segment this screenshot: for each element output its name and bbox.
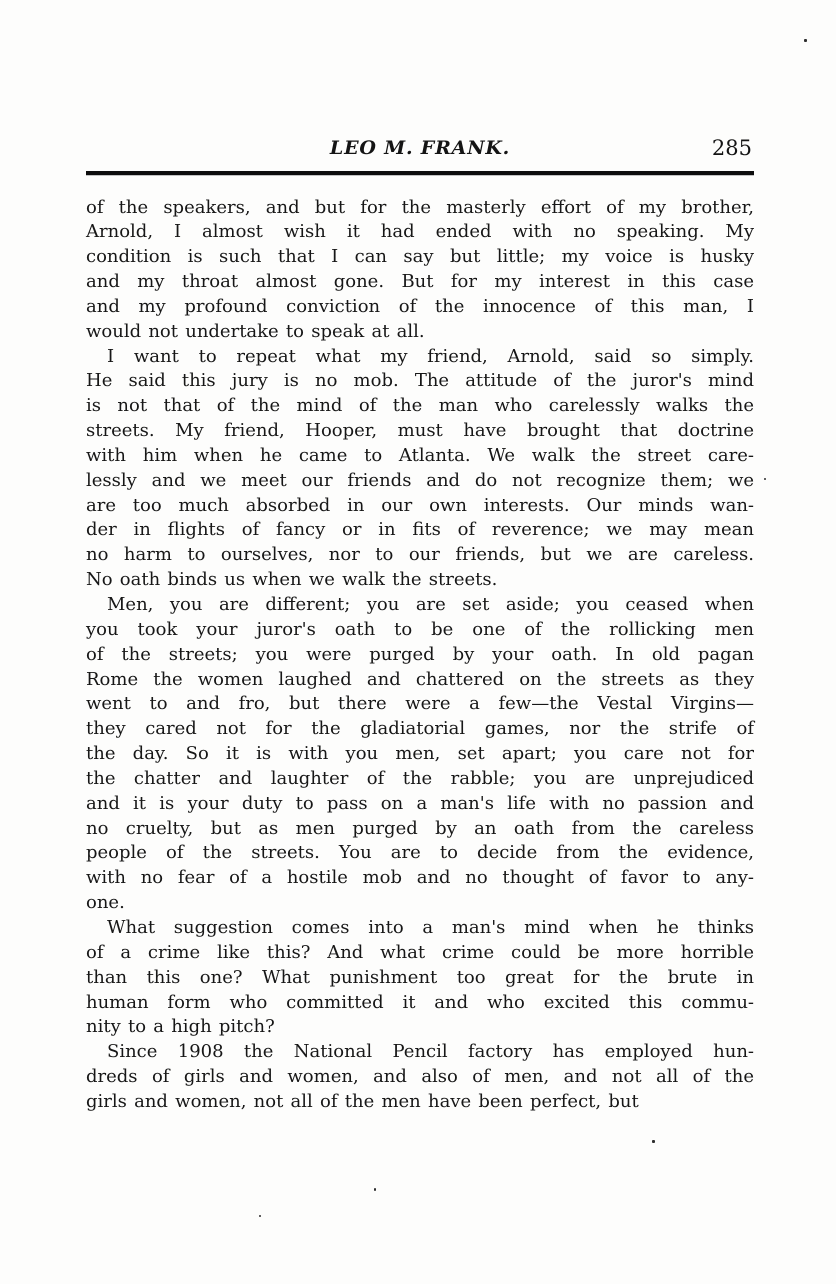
text-line: human form who committed it and who exci… <box>86 991 754 1016</box>
text-line: of the speakers, and but for the masterl… <box>86 196 754 221</box>
text-line: with him when he came to Atlanta. We wal… <box>86 444 754 469</box>
scan-speck <box>652 1140 655 1143</box>
text-line: than this one? What punishment too great… <box>86 966 754 991</box>
text-line: the chatter and laughter of the rabble; … <box>86 767 754 792</box>
text-line: der in flights of fancy or in fits of re… <box>86 518 754 543</box>
text-line: No oath binds us when we walk the street… <box>86 568 754 593</box>
text-line: would not undertake to speak at all. <box>86 320 754 345</box>
page-body: of the speakers, and but for the masterl… <box>86 196 754 1115</box>
scan-speck <box>764 478 766 480</box>
text-line: no harm to ourselves, nor to our friends… <box>86 543 754 568</box>
scan-speck <box>374 1188 376 1191</box>
paragraph: of the speakers, and but for the masterl… <box>86 196 754 345</box>
text-line: and my throat almost gone. But for my in… <box>86 270 754 295</box>
text-line: Arnold, I almost wish it had ended with … <box>86 220 754 245</box>
text-line: of the streets; you were purged by your … <box>86 643 754 668</box>
text-line: He said this jury is no mob. The attitud… <box>86 369 754 394</box>
text-line: of a crime like this? And what crime cou… <box>86 941 754 966</box>
paragraph: What suggestion comes into a man's mind … <box>86 916 754 1040</box>
text-line: the day. So it is with you men, set apar… <box>86 742 754 767</box>
page-number: 285 <box>712 136 752 160</box>
text-line: Rome the women laughed and chattered on … <box>86 668 754 693</box>
text-line: lessly and we meet our friends and do no… <box>86 469 754 494</box>
running-head-title: LEO M. FRANK. <box>86 136 754 160</box>
text-line: girls and women, not all of the men have… <box>86 1090 754 1115</box>
running-head: LEO M. FRANK. 285 <box>86 136 754 166</box>
text-line: they cared not for the gladiatorial game… <box>86 717 754 742</box>
text-column: LEO M. FRANK. 285 of the speakers, and b… <box>86 136 754 1115</box>
text-line: streets. My friend, Hooper, must have br… <box>86 419 754 444</box>
paragraph: Men, you are different; you are set asid… <box>86 593 754 916</box>
paragraph: I want to repeat what my friend, Arnold,… <box>86 345 754 593</box>
text-line: went to and fro, but there were a few—th… <box>86 692 754 717</box>
text-line: and it is your duty to pass on a man's l… <box>86 792 754 817</box>
scan-speck <box>259 1215 261 1217</box>
scan-speck <box>804 39 807 42</box>
text-line: condition is such that I can say but lit… <box>86 245 754 270</box>
text-line: Men, you are different; you are set asid… <box>86 593 754 618</box>
text-line: nity to a high pitch? <box>86 1015 754 1040</box>
text-line: people of the streets. You are to decide… <box>86 841 754 866</box>
header-rule <box>86 171 754 175</box>
text-line: is not that of the mind of the man who c… <box>86 394 754 419</box>
text-line: dreds of girls and women, and also of me… <box>86 1065 754 1090</box>
text-line: with no fear of a hostile mob and no tho… <box>86 866 754 891</box>
text-line: and my profound conviction of the innoce… <box>86 295 754 320</box>
text-line: I want to repeat what my friend, Arnold,… <box>86 345 754 370</box>
text-line: Since 1908 the National Pencil factory h… <box>86 1040 754 1065</box>
paragraph: Since 1908 the National Pencil factory h… <box>86 1040 754 1115</box>
text-line: you took your juror's oath to be one of … <box>86 618 754 643</box>
text-line: What suggestion comes into a man's mind … <box>86 916 754 941</box>
text-line: are too much absorbed in our own interes… <box>86 494 754 519</box>
text-line: no cruelty, but as men purged by an oath… <box>86 817 754 842</box>
scanned-book-page: LEO M. FRANK. 285 of the speakers, and b… <box>0 0 836 1284</box>
text-line: one. <box>86 891 754 916</box>
